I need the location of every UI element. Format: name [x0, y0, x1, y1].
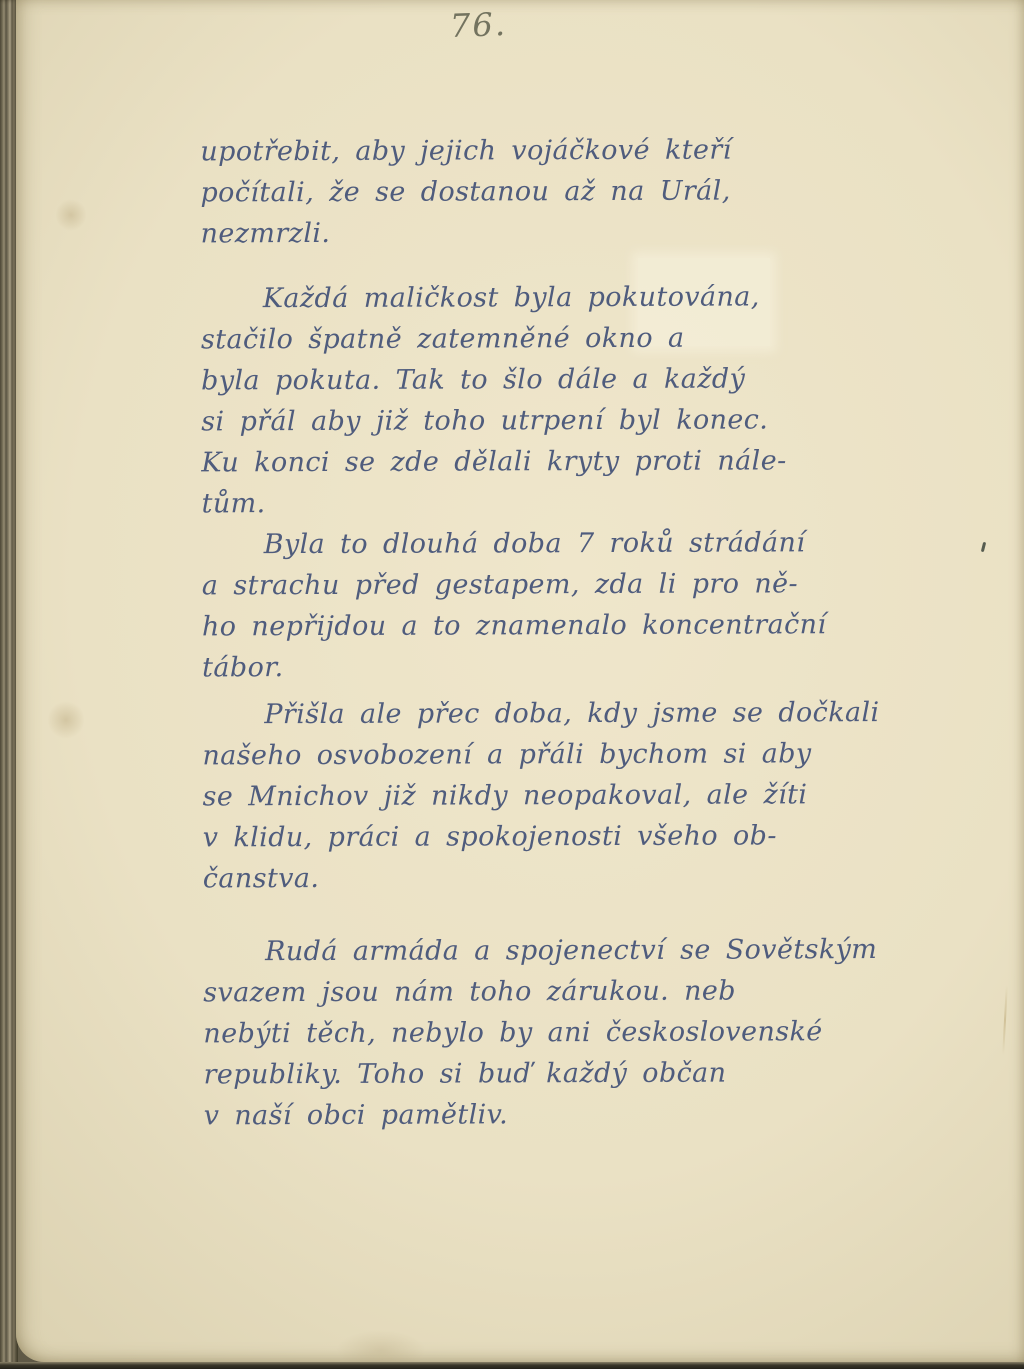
text-line: počítali, že se dostanou až na Urál, — [200, 170, 1000, 214]
text-line: svazem jsou nám toho zárukou. neb — [203, 970, 1003, 1014]
text-line: stačilo špatně zatemněné okno a — [201, 317, 1001, 361]
text-line: si přál aby již toho utrpení byl konec. — [201, 399, 1001, 443]
text-line: Přišla ale přec doba, kdy jsme se dočkal… — [202, 692, 1002, 736]
text-line: byla pokuta. Tak to šlo dále a každý — [201, 358, 1001, 402]
text-line: našeho osvobození a přáli bychom si aby — [202, 733, 1002, 777]
text-line: nebýti těch, nebylo by ani československ… — [203, 1011, 1003, 1055]
paragraph: Rudá armáda a spojenectví se Sovětskýmsv… — [203, 929, 1004, 1137]
text-line: republiky. Toho si buď každý občan — [203, 1052, 1003, 1096]
text-line: ho nepřijdou a to znamenalo koncentrační — [202, 604, 1002, 648]
text-line: tům. — [201, 481, 1001, 525]
paper-stain — [48, 700, 84, 740]
text-line: tábor. — [202, 645, 1002, 689]
text-line: v naší obci pamětliv. — [204, 1093, 1004, 1137]
text-line: nezmrzli. — [201, 211, 1001, 255]
text-line: a strachu před gestapem, zda li pro ně- — [202, 563, 1002, 607]
text-line: se Mnichov již nikdy neopakoval, ale žít… — [202, 774, 1002, 818]
scanned-page: 76. upotřebit, aby jejich vojáčkové kteř… — [0, 0, 1024, 1369]
paragraph: Byla to dlouhá doba 7 roků strádánía str… — [202, 522, 1003, 689]
paragraph: Každá maličkost byla pokutována,stačilo … — [201, 276, 1002, 525]
text-line: čanstva. — [203, 856, 1003, 900]
text-line: v klidu, práci a spokojenosti všeho ob- — [203, 815, 1003, 859]
text-line: Ku konci se zde dělali kryty proti nále- — [201, 440, 1001, 484]
text-line: Každá maličkost byla pokutována, — [201, 276, 1001, 320]
page-number: 76. — [449, 5, 507, 45]
paragraph: upotřebit, aby jejich vojáčkové kteřípoč… — [200, 129, 1000, 255]
text-block: upotřebit, aby jejich vojáčkové kteřípoč… — [200, 129, 1004, 1137]
paper-stain — [56, 198, 86, 232]
text-line: Byla to dlouhá doba 7 roků strádání — [202, 522, 1002, 566]
paper-sheet: 76. upotřebit, aby jejich vojáčkové kteř… — [16, 0, 1024, 1362]
text-line: upotřebit, aby jejich vojáčkové kteří — [200, 129, 1000, 173]
page-bottom-edge — [0, 1362, 1024, 1369]
text-line: Rudá armáda a spojenectví se Sovětským — [203, 929, 1003, 973]
paragraph: Přišla ale přec doba, kdy jsme se dočkal… — [202, 692, 1003, 900]
